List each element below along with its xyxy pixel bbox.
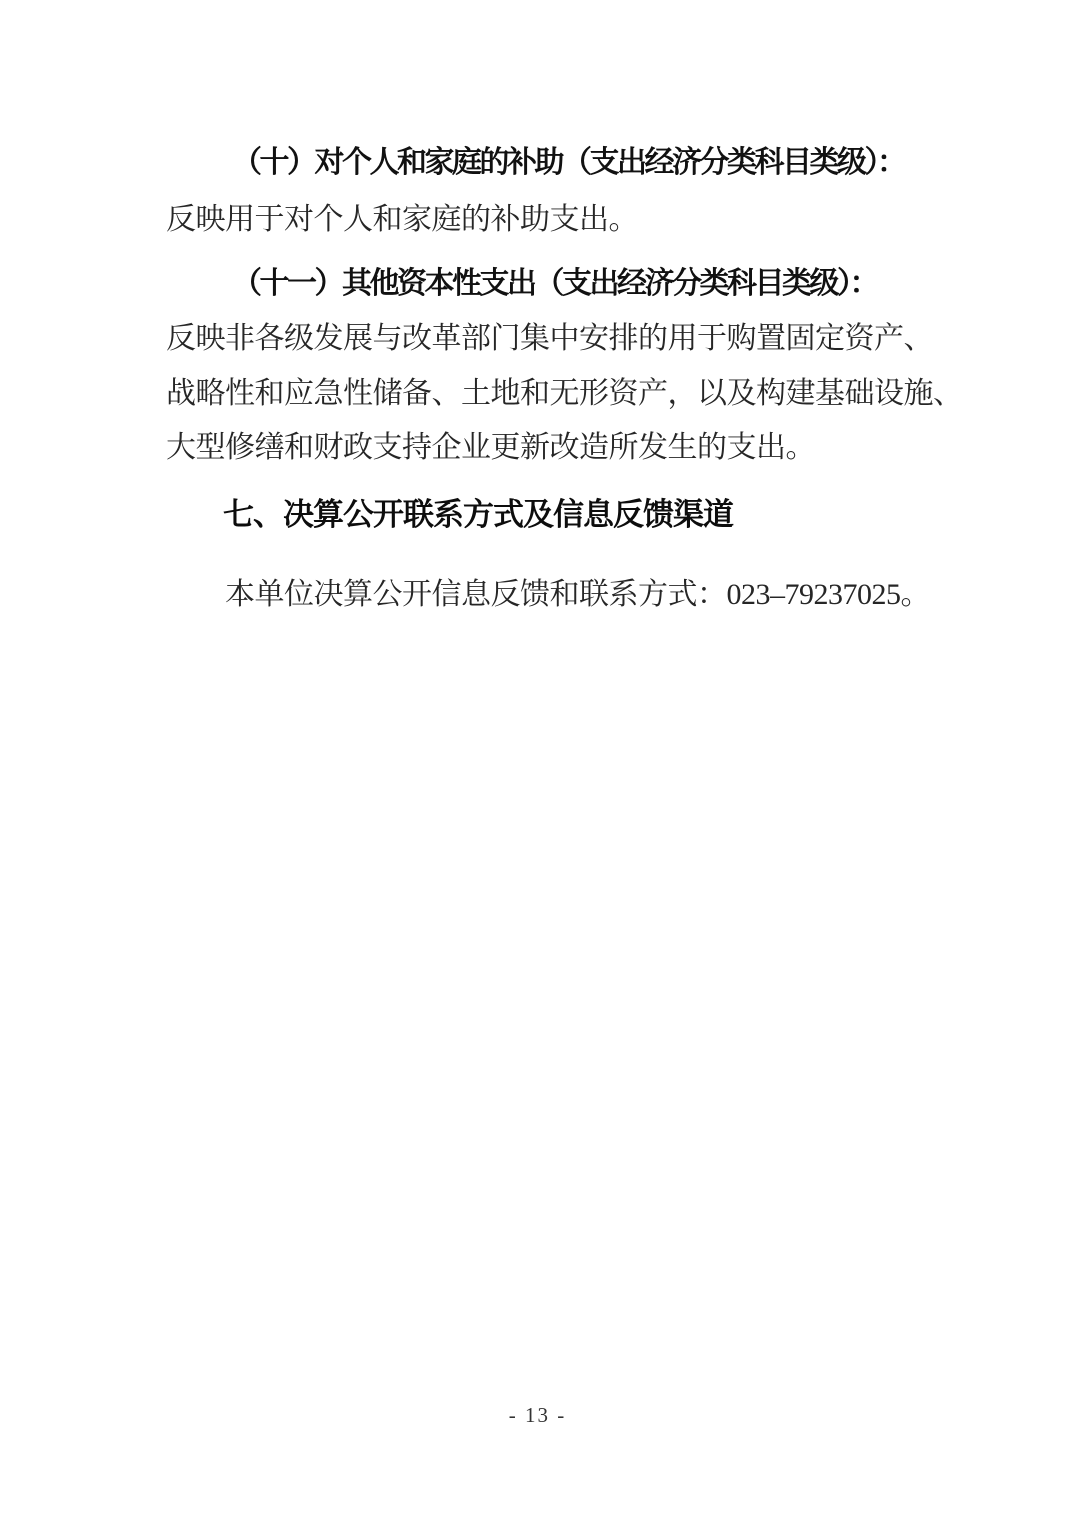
section-11-heading: （十一）其他资本性支出（支出经济分类科目类级）： bbox=[232, 266, 877, 302]
section-7-heading: 七、决算公开联系方式及信息反馈渠道 bbox=[223, 497, 733, 533]
section-7-contact-line: 本单位决算公开信息反馈和联系方式：023–79237025。 bbox=[225, 577, 930, 613]
section-11-body-line-3: 大型修缮和财政支持企业更新改造所发生的支出。 bbox=[166, 430, 815, 466]
section-11-body-line-2: 战略性和应急性储备、土地和无形资产，以及构建基础设施、 bbox=[166, 376, 963, 412]
document-page: （十）对个人和家庭的补助（支出经济分类科目类级）： 反映用于对个人和家庭的补助支… bbox=[0, 0, 1075, 1520]
section-10-body-line-1: 反映用于对个人和家庭的补助支出。 bbox=[166, 202, 638, 238]
section-11-body-line-1: 反映非各级发展与改革部门集中安排的用于购置固定资产、 bbox=[166, 321, 933, 357]
section-10-heading: （十）对个人和家庭的补助（支出经济分类科目类级）： bbox=[232, 145, 905, 181]
page-number: - 13 - bbox=[0, 1403, 1075, 1428]
